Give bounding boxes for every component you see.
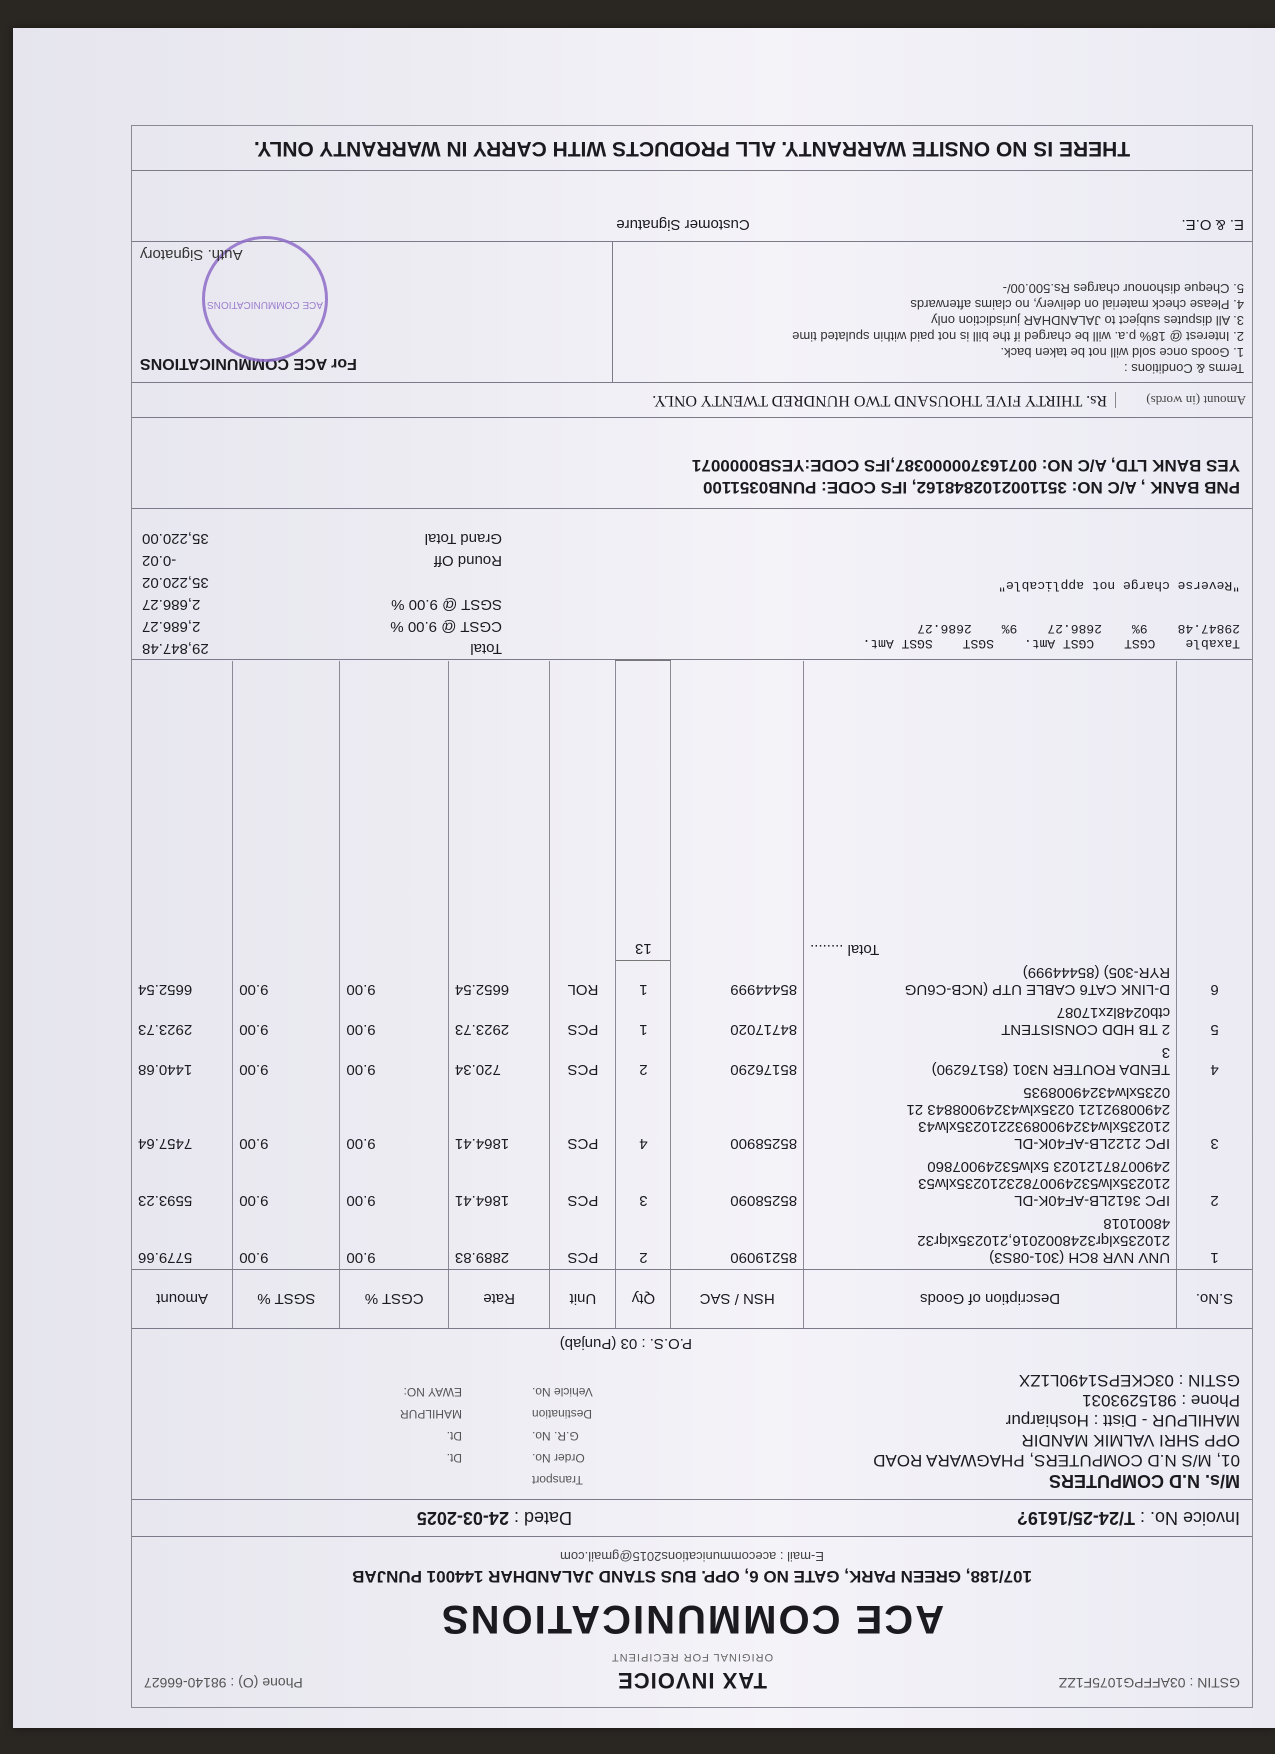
invoice-sheet: GSTIN : 03AFFPG1075F1ZZ Phone (O) : 9814…: [13, 28, 1275, 1728]
transport-value: MAHILPUR: [132, 1403, 462, 1425]
place-of-supply: P.O.S. : 03 (Punjab): [560, 1335, 692, 1352]
cell-amount: 2923.73: [132, 1001, 233, 1041]
total-line-label: Total: [282, 640, 532, 657]
transport-label: Order No.: [532, 1447, 652, 1469]
customer-signature-label: Customer Signature: [448, 172, 918, 242]
column-header: HSN / SAC: [671, 1270, 804, 1329]
bank-line-1: PNB BANK , A/C NO: 3511002102848162, IFS…: [144, 477, 1240, 499]
cell-hsn: 85444999: [671, 961, 804, 1001]
cell-cgst: 9.00: [340, 1081, 448, 1155]
total-line-label: SGST @ 9.00 %: [282, 596, 532, 613]
invoice-frame: GSTIN : 03AFFPG1075F1ZZ Phone (O) : 9814…: [131, 126, 1253, 1709]
buyer-gstin: GSTIN : 03CKEPS1490L1ZX: [664, 1370, 1240, 1390]
transport-label: Destination: [532, 1403, 652, 1425]
table-row: 52 TB HDD CONSISTENT ctb0248lzx170878471…: [132, 1001, 1252, 1041]
cell-amount: 5593.23: [132, 1155, 233, 1212]
tax-value: 9%: [1002, 622, 1018, 637]
cell-hsn: 85258090: [671, 1155, 804, 1212]
amount-in-words: Amount (in words) Rs. THIRTY FIVE THOUSA…: [132, 383, 1252, 418]
table-row: 1UNV NVR 8CH (301-08S3) 210235xlqr324800…: [132, 1212, 1252, 1270]
cell-rate: 720.34: [448, 1041, 549, 1081]
cell-qty: 2: [616, 1212, 671, 1270]
cell-rate: 2889.83: [448, 1212, 549, 1270]
cell-cgst: 9.00: [340, 1212, 448, 1270]
cell-cgst: 9.00: [340, 1041, 448, 1081]
transport-label: Vehicle No.: [532, 1381, 652, 1403]
cell-blank: [233, 661, 340, 961]
cell-blank: [340, 661, 448, 961]
total-line-value: 2,686.27: [132, 618, 282, 635]
buyer-name: M/s. N.D COMPUTERS: [1049, 1471, 1240, 1491]
invoice-number: T/24-25/1619?: [1017, 1509, 1135, 1529]
transport-value: Dt.: [132, 1447, 462, 1469]
table-row: 3IPC 2122LB-AF40K-DL 210235xlw4324900893…: [132, 1081, 1252, 1155]
cell-unit: PCS: [550, 1001, 616, 1041]
total-label: Total ........: [804, 661, 1177, 961]
cell-hsn: 85176290: [671, 1041, 804, 1081]
total-line-label: CGST @ 9.00 %: [282, 618, 532, 635]
buyer-address-1: 01, M/S N.D COMPUTERS, PHAGWARA ROAD: [664, 1450, 1240, 1470]
cell-qty: 3: [616, 1155, 671, 1212]
signature-row: E. & O.E. Customer Signature: [132, 171, 1252, 242]
cell-rate: 1864.41: [448, 1081, 549, 1155]
cell-rate: 1864.41: [448, 1155, 549, 1212]
tax-value: 9%: [1132, 622, 1148, 637]
terms-item: 2. Interest @ 18% p.a. will be charged i…: [621, 329, 1244, 345]
cell-sno: 6: [1177, 961, 1252, 1001]
cell-sno: 3: [1177, 1081, 1252, 1155]
total-line-value: 35,220.02: [132, 574, 282, 591]
cell-unit: PCS: [550, 1081, 616, 1155]
seller-name: ACE COMMUNICATIONS: [132, 1596, 1252, 1641]
transport-label: Transport: [532, 1469, 652, 1491]
dated-label: Dated: [524, 1509, 572, 1529]
cell-sgst: 9.00: [233, 1212, 340, 1270]
cell-blank: [132, 661, 233, 961]
reverse-charge-note: "Reverse charge not applicable": [998, 579, 1240, 594]
seller-phone: Phone (O) : 98140-66627: [144, 1675, 303, 1691]
total-line-value: 35,220.00: [132, 530, 282, 547]
cell-sgst: 9.00: [233, 961, 340, 1001]
total-line-label: Round Off: [282, 552, 532, 569]
transport-details: TransportOrder No.G.R. No.DestinationVeh…: [132, 1329, 652, 1499]
cell-cgst: 9.00: [340, 961, 448, 1001]
total-line: SGST @ 9.00 %2,686.27: [132, 594, 532, 616]
cell-sgst: 9.00: [233, 1081, 340, 1155]
tax-header: Taxable: [1185, 637, 1240, 652]
table-total-row: Total ........13: [132, 661, 1252, 961]
transport-label: G.R. No.: [532, 1425, 652, 1447]
tax-value: 2686.27: [1047, 622, 1102, 637]
cell-hsn: 85219090: [671, 1212, 804, 1270]
column-header: SGST %: [233, 1270, 340, 1329]
bank-line-2: YES BANK LTD, A/C NO: 007163700000387,IF…: [144, 455, 1240, 477]
tax-value: 29847.48: [1178, 622, 1240, 637]
tax-values: 29847.489%2686.279%2686.27: [833, 622, 1240, 637]
totals-block: Total29,847.48CGST @ 9.00 %2,686.27SGST …: [132, 528, 532, 660]
cell-sno: 4: [1177, 1041, 1252, 1081]
amount-words-value: Rs. THIRTY FIVE THOUSAND TWO HUNDRED TWE…: [652, 392, 1115, 410]
cell-unit: ROL: [550, 961, 616, 1001]
tax-header: SGST: [963, 637, 994, 652]
buyer-section: M/s. N.D COMPUTERS 01, M/S N.D COMPUTERS…: [132, 1328, 1252, 1499]
table-row: 4TENDA ROUTER N301 (85176290) 3851762902…: [132, 1041, 1252, 1081]
cell-amount: 1440.68: [132, 1041, 233, 1081]
cell-hsn: 84717020: [671, 1001, 804, 1041]
cell-sgst: 9.00: [233, 1155, 340, 1212]
cell-qty: 4: [616, 1081, 671, 1155]
column-header: Rate: [448, 1270, 549, 1329]
tax-value: 2686.27: [917, 622, 972, 637]
bank-details: PNB BANK , A/C NO: 3511002102848162, IFS…: [132, 418, 1252, 509]
terms-section: Terms & Conditions :1. Goods once sold w…: [132, 242, 1252, 383]
total-line-label: Grand Total: [282, 530, 532, 547]
cell-amount: 5779.66: [132, 1212, 233, 1270]
cell-blank: [1177, 661, 1252, 961]
column-header: Unit: [550, 1270, 616, 1329]
seller-header: GSTIN : 03AFFPG1075F1ZZ Phone (O) : 9814…: [132, 1536, 1252, 1707]
rotated-invoice-photo: GSTIN : 03AFFPG1075F1ZZ Phone (O) : 9814…: [0, 0, 1275, 1754]
invoice-date: 24-03-2025: [417, 1509, 509, 1529]
cell-description: UNV NVR 8CH (301-08S3) 210235xlqr3248002…: [804, 1212, 1177, 1270]
cell-description: 2 TB HDD CONSISTENT ctb0248lzx17087: [804, 1001, 1177, 1041]
cell-unit: PCS: [550, 1155, 616, 1212]
eoe-label: E. & O.E.: [918, 172, 1252, 242]
cell-sno: 1: [1177, 1212, 1252, 1270]
invoice-number-label: Invoice No.: [1150, 1509, 1240, 1529]
invoice-meta: Invoice No. : T/24-25/1619? Dated : 24-0…: [132, 1499, 1252, 1536]
total-line-value: 29,847.48: [132, 640, 282, 657]
cell-description: TENDA ROUTER N301 (85176290) 3: [804, 1041, 1177, 1081]
tax-summary: TaxableCGSTCGST Amt.SGSTSGST Amt.29847.4…: [132, 509, 1252, 660]
column-header: Amount: [132, 1270, 233, 1329]
cell-amount: 7457.64: [132, 1081, 233, 1155]
cell-sgst: 9.00: [233, 1041, 340, 1081]
column-header: S.No.: [1177, 1270, 1252, 1329]
cell-hsn: 85258900: [671, 1081, 804, 1155]
seller-gstin: GSTIN : 03AFFPG1075F1ZZ: [1059, 1675, 1240, 1691]
cell-qty: 1: [616, 1001, 671, 1041]
seller-address: 107/188, GREEN PARK, GATE NO 6, OPP. BUS…: [132, 1566, 1252, 1586]
cell-amount: 6652.54: [132, 961, 233, 1001]
seller-email: E-mail : acecommunications2015@gmail.com: [132, 1549, 1252, 1564]
tax-headers: TaxableCGSTCGST Amt.SGSTSGST Amt.: [833, 637, 1240, 652]
cell-rate: 6652.54: [448, 961, 549, 1001]
transport-value: Dt.: [132, 1425, 462, 1447]
copy-label: ORIGINAL FOR RECIPIENT: [132, 1651, 1252, 1663]
cell-qty: 2: [616, 1041, 671, 1081]
buyer-address-3: MAHILPUR - Distt : Hoshiarpur: [664, 1410, 1240, 1430]
cell-cgst: 9.00: [340, 1001, 448, 1041]
buyer-phone: Phone : 9815293031: [664, 1390, 1240, 1410]
items-table: S.No.Description of GoodsHSN / SACQtyUni…: [132, 660, 1252, 1329]
tax-header: CGST Amt.: [1024, 637, 1094, 652]
total-line-value: 2,686.27: [132, 596, 282, 613]
cell-description: IPC 2122LB-AF40K-DL 210235xlw43249008932…: [804, 1081, 1177, 1155]
cell-description: D-LINK CAT6 CABLE UTP (NCB-C6UG RYR-305)…: [804, 961, 1177, 1001]
total-line: CGST @ 9.00 %2,686.27: [132, 616, 532, 638]
total-line-value: -0.02: [132, 552, 282, 569]
cell-qty: 1: [616, 961, 671, 1001]
cell-sno: 5: [1177, 1001, 1252, 1041]
cell-description: IPC 3612LB-AF40K-DL 210235xlw53249007823…: [804, 1155, 1177, 1212]
terms-title: Terms & Conditions :: [621, 361, 1244, 377]
table-row: 2IPC 3612LB-AF40K-DL 210235xlw5324900782…: [132, 1155, 1252, 1212]
column-header: CGST %: [340, 1270, 448, 1329]
terms-item: 3. All disputes subject to JALANDHAR jur…: [621, 313, 1244, 329]
column-header: Description of Goods: [804, 1270, 1177, 1329]
terms-item: 1. Goods once sold will not be taken bac…: [621, 345, 1244, 361]
amount-words-label: Amount (in words): [1115, 393, 1252, 409]
auth-signatory-label: Auth. Signatory: [140, 247, 243, 264]
cell-unit: PCS: [550, 1041, 616, 1081]
transport-value: [132, 1469, 462, 1491]
cell-blank: [671, 661, 804, 961]
cell-cgst: 9.00: [340, 1155, 448, 1212]
cell-sno: 2: [1177, 1155, 1252, 1212]
cell-unit: PCS: [550, 1212, 616, 1270]
terms-item: 4. Please check material on delivery, no…: [621, 297, 1244, 313]
cell-sgst: 9.00: [233, 1001, 340, 1041]
total-line: Round Off-0.02: [132, 550, 532, 572]
terms-item: 5. Cheque dishonour charges Rs.500.00/-: [621, 281, 1244, 297]
total-line: Grand Total35,220.00: [132, 528, 532, 550]
total-line: 35,220.02: [132, 572, 532, 594]
column-header: Qty: [616, 1270, 671, 1329]
tax-header: SGST Amt.: [863, 637, 933, 652]
cell-blank: [550, 661, 616, 961]
table-row: 6D-LINK CAT6 CABLE UTP (NCB-C6UG RYR-305…: [132, 961, 1252, 1001]
buyer-address-2: OPP SHRI VALMIK MANDIR: [664, 1430, 1240, 1450]
transport-value: EWAY NO:: [132, 1381, 462, 1403]
total-line: Total29,847.48: [132, 638, 532, 660]
cell-blank: [448, 661, 549, 961]
cell-rate: 2923.73: [448, 1001, 549, 1041]
tax-header: CGST: [1124, 637, 1155, 652]
warranty-note: THERE IS NO ONSITE WARRANTY. ALL PRODUCT…: [132, 127, 1252, 171]
total-qty: 13: [616, 661, 671, 961]
